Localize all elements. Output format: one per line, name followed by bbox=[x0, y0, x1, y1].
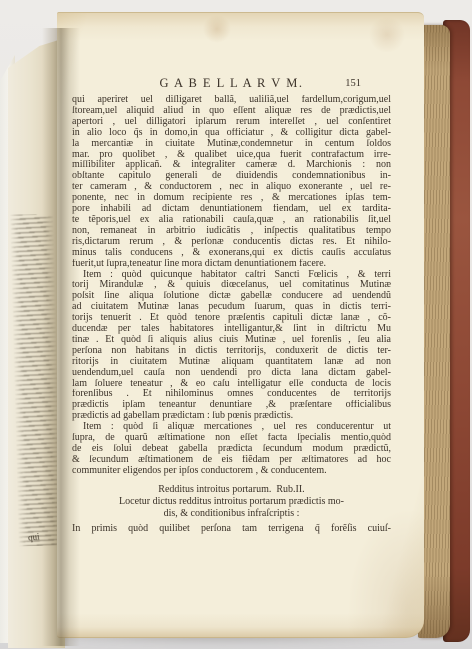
text-line: minus talis conducens , & exonerans,qui … bbox=[72, 248, 391, 259]
facing-page-text-blur bbox=[10, 213, 63, 546]
text-line: in alio loco q̃s in domo,in qua officiat… bbox=[72, 128, 391, 139]
text-line: ſupra, de quarũ æſtimatione non eſſet fa… bbox=[72, 433, 391, 444]
section-subtitle-line: Locetur dictus redditus introitus portar… bbox=[72, 496, 391, 508]
page-header: G A B E L L A R V M. 151 bbox=[72, 76, 391, 92]
text-line: fuerit,ut ſupra,teneatur ſine mora dicta… bbox=[72, 259, 391, 270]
text-line: te tẽporis,uel ex alia rationabili cauſa… bbox=[72, 215, 391, 226]
text-line: ris,dictarum rerum , & perſonæ conducent… bbox=[72, 237, 391, 248]
text-line: obſtante capitulo generali de diuidendis… bbox=[72, 171, 391, 182]
text-line: Item : quòd ſi aliquæ mercationes , uel … bbox=[72, 422, 391, 433]
running-title: G A B E L L A R V M. bbox=[160, 76, 304, 91]
text-line: uendendum,uel cauſa non uendendi pro dic… bbox=[72, 368, 391, 379]
text-line: de eis ſolui debeat gabella prædicta ſec… bbox=[72, 444, 391, 455]
text-line: non, remaneat in arbitrio iudicãtis , in… bbox=[72, 226, 391, 237]
text-line: prædictis ad gabellam prædictam : ſub pœ… bbox=[72, 411, 391, 422]
text-line: ad ciuitatem Mutinæ lanas pecudum ſuarum… bbox=[72, 302, 391, 313]
text-line: torijs tenuerit . Et quòd tenore præſent… bbox=[72, 313, 391, 324]
text-line: ter cameram , & conductorem , nec in ali… bbox=[72, 182, 391, 193]
book-photo: qui G A B E L L A R V M. 151 qui aperire… bbox=[0, 0, 472, 649]
text-line: lam ſoluere teneatur , & eo caſu intelli… bbox=[72, 379, 391, 390]
text-line: perſona non habitans in dictis territori… bbox=[72, 346, 391, 357]
text-line: pore inhabili ad dictam denuntiationem f… bbox=[72, 204, 391, 215]
section-heading: Redditus introitus portarum. Rub.II. Loc… bbox=[72, 484, 391, 536]
text-line: apertori , uel diſligatori ipſarum rerum… bbox=[72, 117, 391, 128]
text-line: & ſecundum æſtimationem de eis fiẽdam pe… bbox=[72, 455, 391, 466]
section-subtitle: Locetur dictus redditus introitus portar… bbox=[72, 496, 391, 520]
text-line: communiter eligendos per ipſos conductor… bbox=[72, 466, 391, 477]
text-line: poſsit ſine aliqua ſolutione dictæ gabel… bbox=[72, 291, 391, 302]
verso-catchword: qui bbox=[28, 531, 40, 542]
text-line: qui aperiret uel diſligaret ballã, ualiſ… bbox=[72, 95, 391, 106]
text-line: mar. pro quolibet , & qualibet uice,qua … bbox=[72, 150, 391, 161]
text-line: tinæ . Et quòd ſi aliquis alius ciuis Mu… bbox=[72, 335, 391, 346]
text-line: torij Mirandulæ , & quiuis diœceſanus, u… bbox=[72, 280, 391, 291]
book-page: G A B E L L A R V M. 151 qui aperiret ue… bbox=[57, 12, 424, 638]
page-number: 151 bbox=[345, 78, 361, 89]
body-text: qui aperiret uel diſligaret ballã, ualiſ… bbox=[72, 95, 391, 477]
text-line: ſtoream,uel aliquid aliud in quo eſſent … bbox=[72, 106, 391, 117]
text-line: ritorijs in ciuitatem Mutinæ aliquam qua… bbox=[72, 357, 391, 368]
text-line: la mercantiæ in ciuitate Mutinæ,condemne… bbox=[72, 139, 391, 150]
text-line: ducendæ per tales habitatores intelligan… bbox=[72, 324, 391, 335]
text-line: Item : quòd quicunque habitator caſtri S… bbox=[72, 270, 391, 281]
text-line: miſſibiliter applicañ. & integraliter ca… bbox=[72, 160, 391, 171]
section-first-line: In primis quòd quilibet perſona tam terr… bbox=[72, 523, 391, 535]
section-title: Redditus introitus portarum. Rub.II. bbox=[72, 484, 391, 496]
text-line: prædictis ipſam teneantur denuntiare ,& … bbox=[72, 400, 391, 411]
section-subtitle-line: dis, & conditionibus infraſcriptis : bbox=[72, 508, 391, 520]
text-block: G A B E L L A R V M. 151 qui aperiret ue… bbox=[72, 76, 391, 536]
text-line: forenſibus . Et nihilominus omnes conduc… bbox=[72, 389, 391, 400]
text-line: ponente, nec in domum recipiente res , &… bbox=[72, 193, 391, 204]
